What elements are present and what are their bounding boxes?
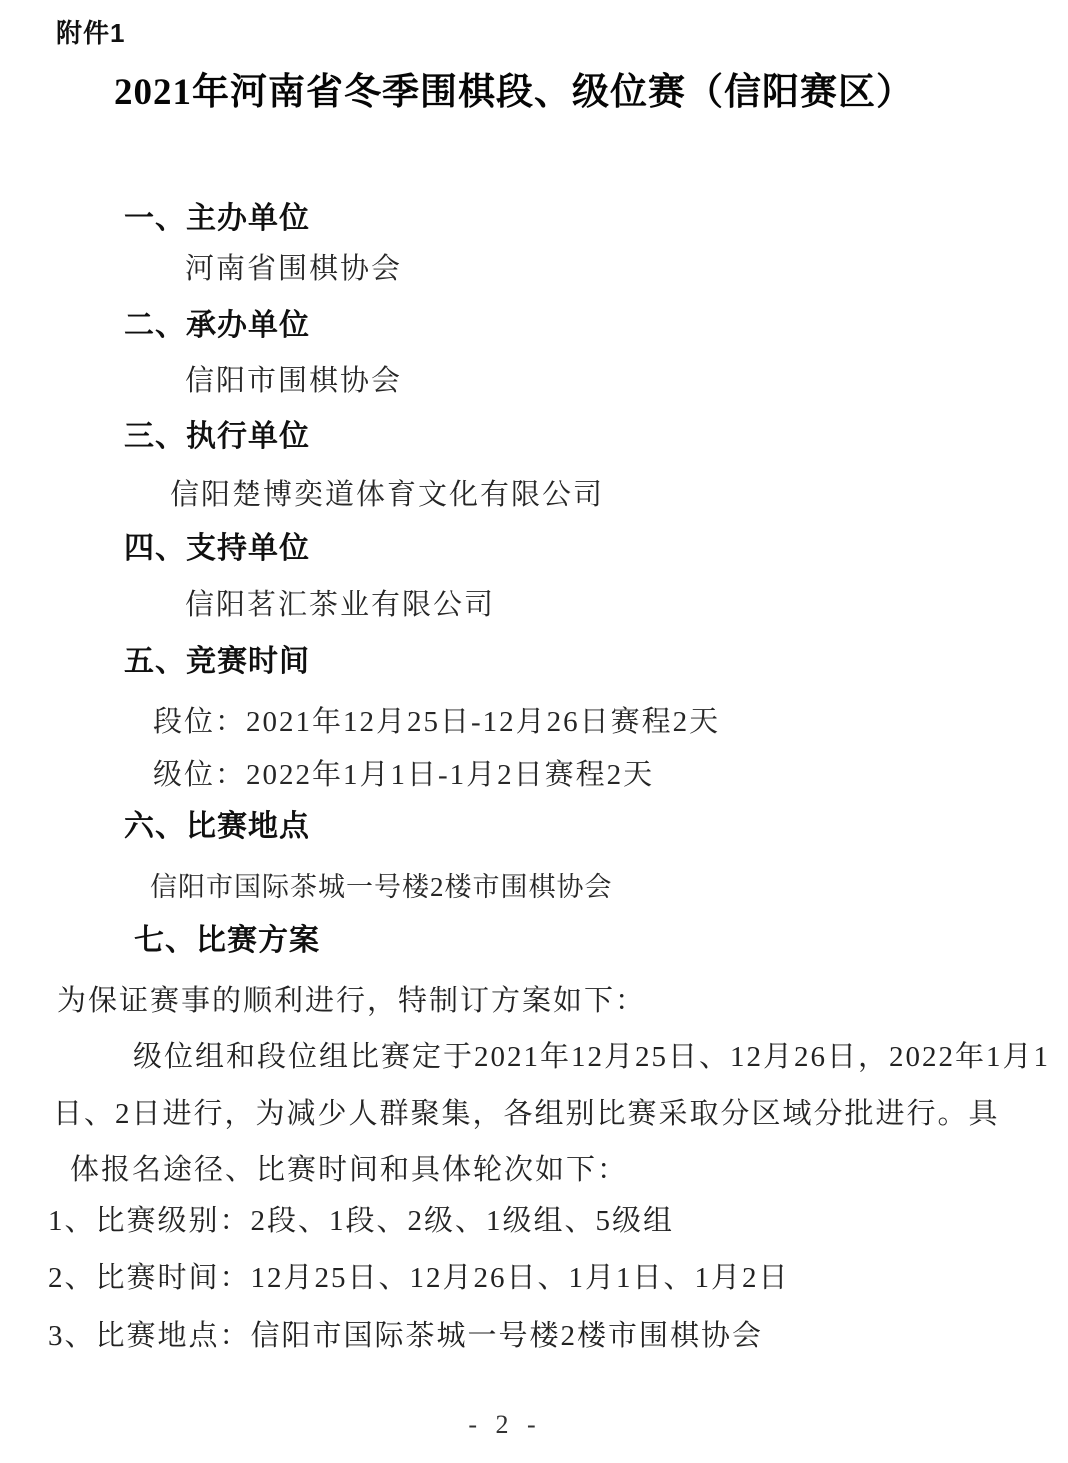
plan-item-dates: 2、比赛时间：12月25日、12月26日、1月1日、1月2日 [48, 1263, 790, 1293]
plan-paragraph-line-2: 日、2日进行，为减少人群聚集，各组别比赛采取分区域分批进行。具 [53, 1099, 1000, 1129]
section-heading-executor: 三、执行单位 [124, 421, 310, 453]
section-body-venue: 信阳市国际茶城一号楼2楼市围棋协会 [150, 873, 613, 901]
section-heading-organizer: 一、主办单位 [124, 203, 310, 235]
section-heading-undertaker: 二、承办单位 [124, 310, 310, 342]
document-title: 2021年河南省冬季围棋段、级位赛（信阳赛区） [0, 74, 1028, 113]
section-body-undertaker: 信阳市围棋协会 [185, 366, 402, 396]
section-heading-supporter: 四、支持单位 [124, 533, 310, 565]
document-page: 附件1 2021年河南省冬季围棋段、级位赛（信阳赛区） 一、主办单位 河南省围棋… [0, 0, 1068, 1463]
section-body-supporter: 信阳茗汇茶业有限公司 [185, 590, 495, 620]
section-heading-venue: 六、比赛地点 [124, 811, 310, 843]
plan-item-venue: 3、比赛地点：信阳市国际茶城一号楼2楼市围棋协会 [48, 1321, 763, 1351]
schedule-kyu-line: 级位：2022年1月1日-1月2日赛程2天 [153, 760, 654, 790]
plan-paragraph-line-3: 体报名途径、比赛时间和具体轮次如下： [70, 1155, 628, 1185]
section-heading-plan: 七、比赛方案 [134, 925, 320, 957]
page-number: - 2 - [0, 1411, 1010, 1438]
section-heading-schedule: 五、竞赛时间 [124, 646, 310, 678]
schedule-dan-line: 段位：2021年12月25日-12月26日赛程2天 [153, 707, 720, 737]
section-body-organizer: 河南省围棋协会 [185, 254, 402, 284]
section-body-executor: 信阳楚博奕道体育文化有限公司 [170, 480, 604, 510]
plan-item-levels: 1、比赛级别：2段、1段、2级、1级组、5级组 [48, 1206, 674, 1236]
plan-intro-line: 为保证赛事的顺利进行，特制订方案如下： [57, 986, 646, 1016]
plan-paragraph-line-1: 级位组和段位组比赛定于2021年12月25日、12月26日，2022年1月1 [133, 1042, 1050, 1072]
attachment-label: 附件1 [56, 20, 125, 47]
